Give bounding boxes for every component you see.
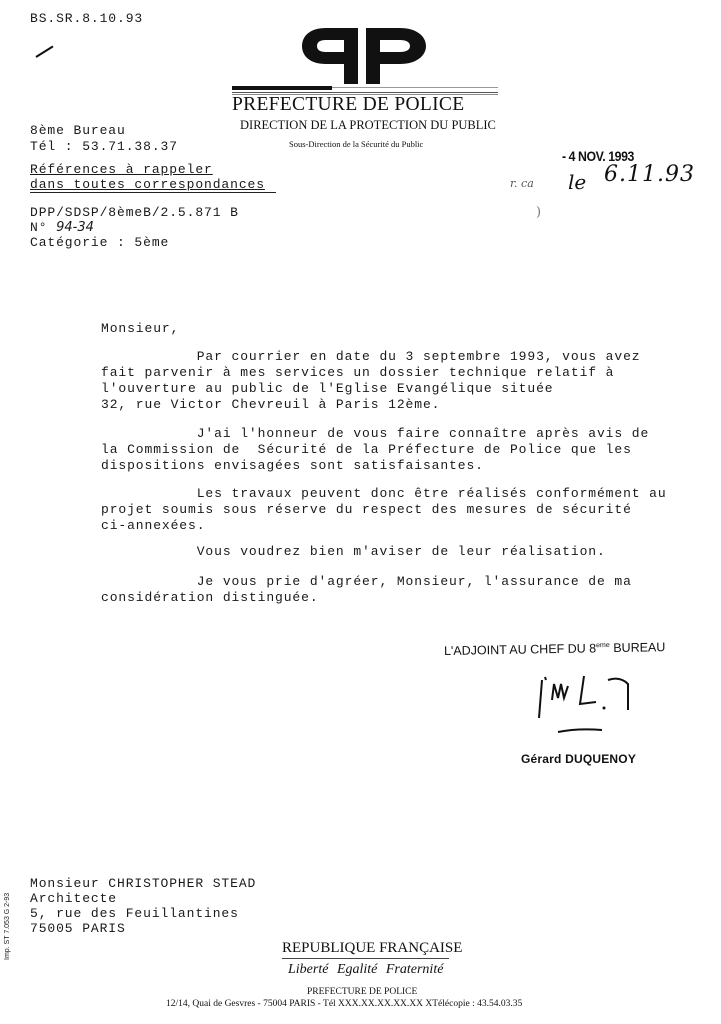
paragraph-line: projet soumis sous réserve du respect de… <box>101 502 701 518</box>
republique-francaise: REPUBLIQUE FRANÇAISE <box>282 940 462 957</box>
republique-underline <box>282 958 449 959</box>
paragraph-line: 32, rue Victor Chevreuil à Paris 12ème. <box>101 397 701 413</box>
print-reference-code: Imp. ST 7.053 G 2-93 <box>4 893 11 960</box>
paragraph-line: l'ouverture au public de l'Eglise Evangé… <box>101 381 701 397</box>
signatory-name: Gérard DUQUENOY <box>521 752 636 766</box>
pp-monogram-logo-icon <box>300 26 428 86</box>
paragraph-courrier: Par courrier en date du 3 septembre 1993… <box>101 349 701 413</box>
handwritten-note-le: le <box>568 170 586 194</box>
references-notice-line-2: dans toutes correspondances <box>30 177 265 192</box>
salutation: Monsieur, <box>101 321 179 336</box>
paragraph-avis-commission: J'ai l'honneur de vous faire connaître a… <box>101 426 701 474</box>
paragraph-line: considération distinguée. <box>101 590 701 606</box>
recipient-profession: Architecte <box>30 891 256 906</box>
reference-code: BS.SR.8.10.93 <box>30 11 143 26</box>
recipient-city: 75005 PARIS <box>30 921 256 936</box>
paragraph-line: Je vous prie d'agréer, Monsieur, l'assur… <box>101 574 701 590</box>
handwritten-slash-mark <box>35 46 53 58</box>
recipient-street: 5, rue des Feuillantines <box>30 906 256 921</box>
paragraph-line: dispositions envisagées sont satisfaisan… <box>101 458 701 474</box>
handwritten-mark: ) <box>536 205 541 220</box>
handwritten-note: r. ca <box>510 177 534 190</box>
sous-direction-title: Sous-Direction de la Sécurité du Public <box>289 139 423 149</box>
paragraph-line: ci-annexées. <box>101 518 701 534</box>
telephone: Tél : 53.71.38.37 <box>30 139 178 154</box>
numero-field: N° 94-34 <box>30 220 94 235</box>
paragraph-travaux: Les travaux peuvent donc être réalisés c… <box>101 486 701 534</box>
recipient-address: Monsieur CHRISTOPHER STEAD Architecte 5,… <box>30 876 256 936</box>
footer-address: 12/14, Quai de Gesvres - 75004 PARIS - T… <box>166 999 522 1009</box>
paragraph-closing: Je vous prie d'agréer, Monsieur, l'assur… <box>101 574 701 606</box>
paragraph-line: Par courrier en date du 3 septembre 1993… <box>101 349 701 365</box>
references-underline <box>30 192 276 193</box>
national-motto: Liberté Egalité Fraternité <box>288 962 443 978</box>
dossier-reference: DPP/SDSP/8èmeB/2.5.871 B <box>30 205 239 220</box>
paragraph-aviser: Vous voudrez bien m'aviser de leur réali… <box>101 544 701 560</box>
handwritten-signature-icon <box>538 670 648 745</box>
direction-title: DIRECTION DE LA PROTECTION DU PUBLIC <box>240 118 496 133</box>
paragraph-line: Les travaux peuvent donc être réalisés c… <box>101 486 701 502</box>
paragraph-line: la Commission de Sécurité de la Préfectu… <box>101 442 701 458</box>
bureau-label: 8ème Bureau <box>30 123 126 138</box>
paragraph-line: fait parvenir à mes services un dossier … <box>101 365 701 381</box>
paragraph-line: J'ai l'honneur de vous faire connaître a… <box>101 426 701 442</box>
organization-title: PREFECTURE DE POLICE <box>232 94 464 116</box>
categorie: Catégorie : 5ème <box>30 235 169 250</box>
numero-handwritten-value: 94-34 <box>56 220 94 235</box>
references-notice-line-1: Références à rappeler <box>30 162 213 177</box>
footer-organization: PREFECTURE DE POLICE <box>307 987 417 997</box>
paragraph-line: Vous voudrez bien m'aviser de leur réali… <box>101 544 701 560</box>
numero-label: N° <box>30 220 56 235</box>
recipient-name: Monsieur CHRISTOPHER STEAD <box>30 876 256 891</box>
signatory-title: L'ADJOINT AU CHEF DU 8eme BUREAU <box>444 640 666 658</box>
handwritten-date: 6.11.93 <box>604 162 695 187</box>
